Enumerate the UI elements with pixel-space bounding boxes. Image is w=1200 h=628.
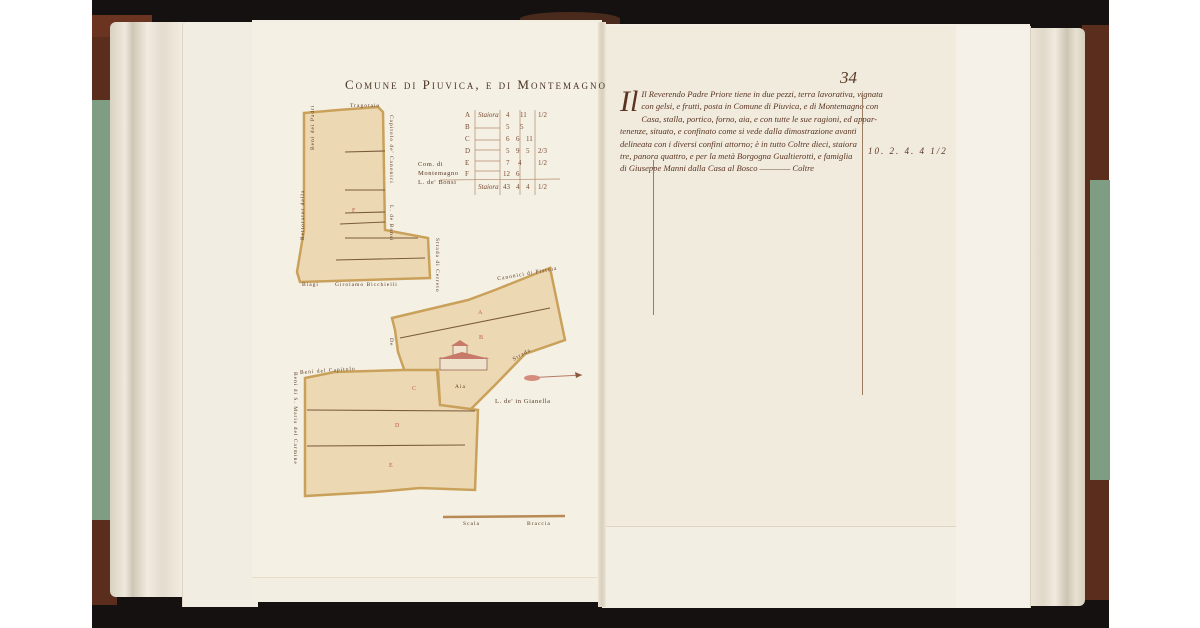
label-upper-top: Tragotaio	[350, 103, 380, 109]
entry-line: con gelsi, e frutti, posta in Comune di …	[620, 100, 908, 112]
entry-line: tre, panora quattro, e per la metà Borgo…	[620, 150, 908, 162]
table-row: A Staiora 4 11 1/2	[460, 111, 560, 123]
table-row: B 5 5	[460, 123, 560, 135]
table-row: C 6 6 11	[460, 135, 560, 147]
entry-line: delineata con i diversi confini attorno;…	[620, 138, 908, 150]
courtyard-label: Aia	[455, 384, 466, 390]
scale-label-right: Braccia	[527, 521, 551, 527]
label-upper-right-far: Strada di Cerreto	[434, 238, 440, 293]
comune-caption: Com. di Montemagno L. de' Bonsi	[418, 160, 459, 187]
label-upper-left-top: Beni dei Padri	[310, 105, 316, 150]
entry-line: di Giuseppe Manni dalla Casa al Bosco ——…	[620, 162, 908, 174]
manuscript-entry: Il Il Reverendo Padre Priore tiene in du…	[620, 88, 908, 175]
table-row: F 12 6	[460, 170, 560, 182]
decorated-initial: Il	[620, 88, 638, 116]
scale-label-left: Scala	[463, 521, 480, 527]
entry-line: Casa, stalla, portico, forno, aia, e con…	[620, 113, 908, 125]
ruled-margin-right	[862, 95, 863, 395]
table-total-row: Staiora 43 4 4 1/2	[460, 183, 560, 195]
area-ledger-table: A Staiora 4 11 1/2 B 5 5 C 6 6 11 D 5 9 …	[460, 105, 560, 205]
entry-line: tenenze, situato, e confinato come si ve…	[620, 125, 908, 137]
scale-bar	[443, 516, 565, 517]
label-lower-left: Beni di S. Maria del Carmine	[292, 372, 298, 465]
label-upper-bottom: Girolamo Bicchielli	[335, 282, 398, 288]
area-amount: 10. 2. 4. 4 1/2	[868, 146, 948, 156]
upper-parcel-outline	[297, 107, 430, 282]
east-caption: L. de' in Gianella	[495, 398, 551, 405]
parcel-label-c: C	[412, 386, 417, 392]
label-lower-top-left: De	[388, 338, 394, 346]
parcel-label-d: D	[395, 423, 400, 429]
ruled-margin-left	[653, 160, 654, 315]
table-row: D 5 9 5 2/3	[460, 147, 560, 159]
estate-map-drawing	[0, 0, 1200, 628]
parcel-label-a: A	[478, 310, 483, 316]
label-upper-right-lower: L. de Bonsi	[388, 205, 394, 242]
parcel-label-b: B	[479, 335, 484, 341]
parcel-label-f: F	[352, 208, 356, 214]
parcel-label-e: E	[389, 463, 394, 469]
compass-arrow-icon	[524, 372, 582, 381]
label-upper-bottom-left: Biagi	[302, 282, 319, 288]
label-upper-left-bottom: Rettorator della	[300, 190, 306, 240]
entry-line: Il Reverendo Padre Priore tiene in due p…	[620, 88, 908, 100]
folio-number: 34	[840, 68, 857, 88]
label-upper-right: Capitolo de' Canonici	[388, 115, 394, 184]
